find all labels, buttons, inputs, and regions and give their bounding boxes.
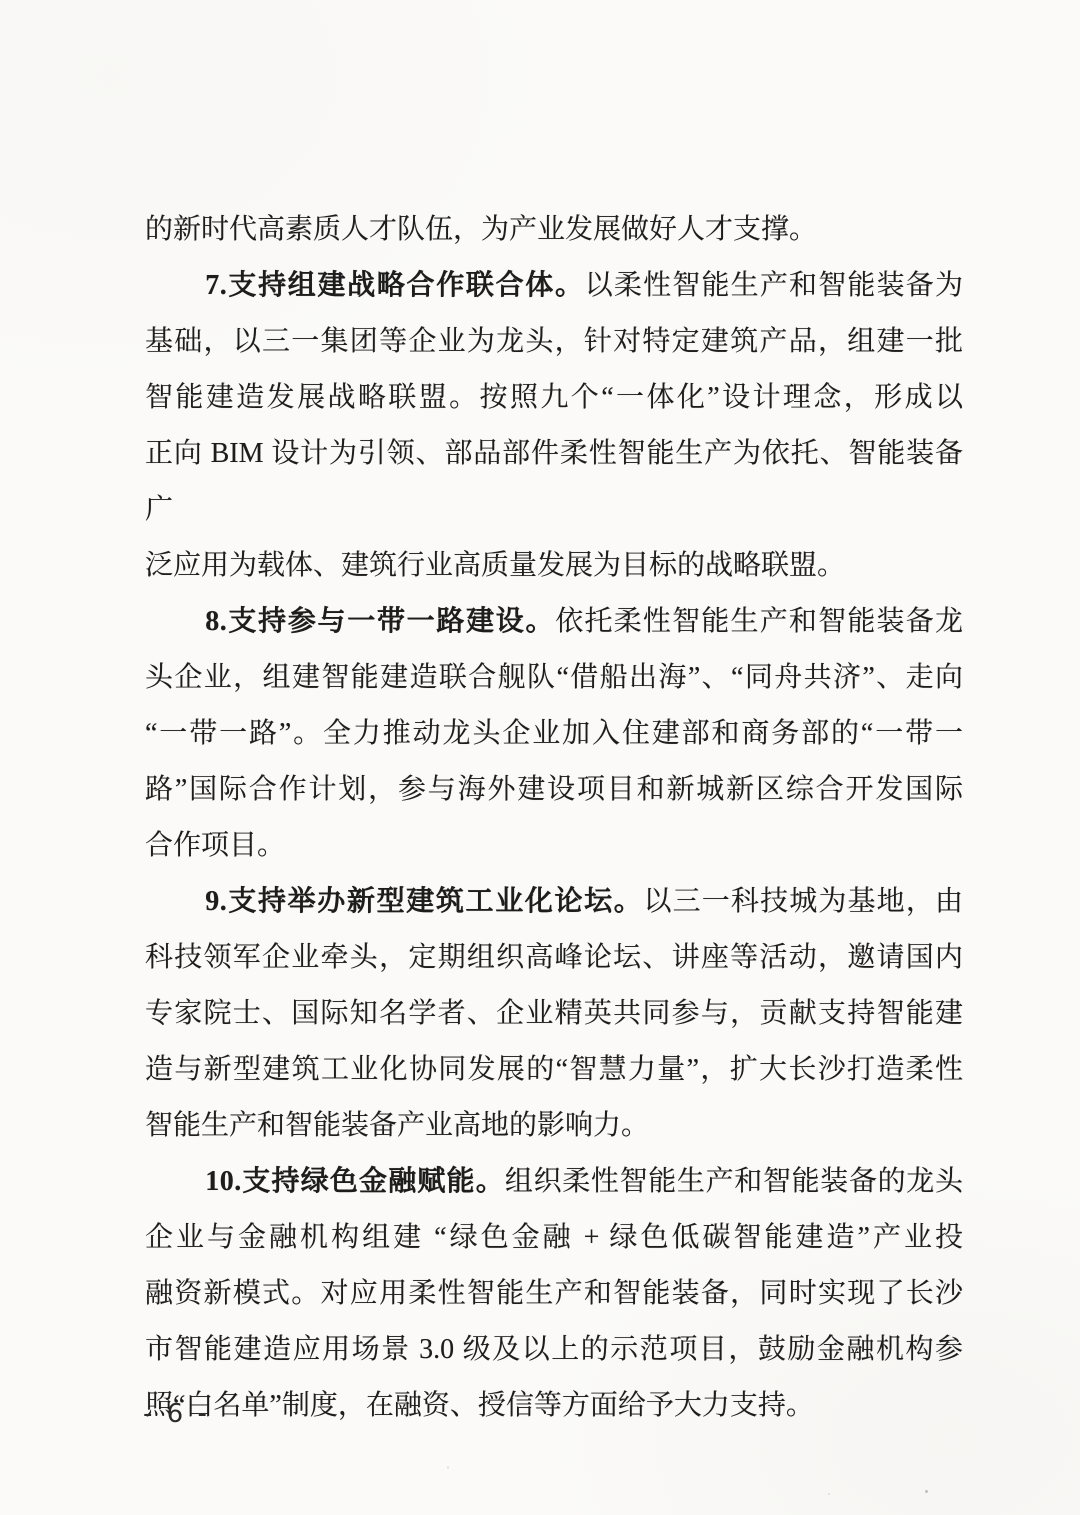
text-line: 10.支持绿色金融赋能。组织柔性智能生产和智能装备的龙头 [145,1154,963,1210]
text-line: 正向 BIM 设计为引领、部品部件柔性智能生产为依托、智能装备广 [145,426,963,538]
scan-speck [447,1466,449,1469]
text-line: 照“白名单”制度，在融资、授信等方面给予大力支持。 [145,1378,963,1434]
line-text: “一带一路”。全力推动龙头企业加入住建部和商务部的“一带一 [145,718,963,749]
line-text: 照“白名单”制度，在融资、授信等方面给予大力支持。 [145,1390,814,1421]
text-line: 路”国际合作计划，参与海外建设项目和新城新区综合开发国际 [145,762,963,818]
line-text: 科技领军企业牵头，定期组织高峰论坛、讲座等活动，邀请国内 [145,942,963,973]
page-number: - 6 - [143,1398,210,1430]
line-text: 基础，以三一集团等企业为龙头，针对特定建筑产品，组建一批 [145,326,963,357]
line-text: 造与新型建筑工业化协同发展的“智慧力量”，扩大长沙打造柔性 [145,1054,963,1085]
text-line: 9.支持举办新型建筑工业化论坛。以三一科技城为基地，由 [145,874,963,930]
line-text: 以三一科技城为基地，由 [643,886,963,917]
text-line: 的新时代高素质人才队伍，为产业发展做好人才支撑。 [145,202,963,258]
line-text: 智能生产和智能装备产业高地的影响力。 [145,1110,649,1141]
text-line: 专家院士、国际知名学者、企业精英共同参与，贡献支持智能建 [145,986,963,1042]
line-bold-lead: 7.支持组建战略合作联合体。 [205,270,585,301]
text-line: 融资新模式。对应用柔性智能生产和智能装备，同时实现了长沙 [145,1266,963,1322]
text-line: 合作项目。 [145,818,963,874]
scanned-document-page: 的新时代高素质人才队伍，为产业发展做好人才支撑。 7.支持组建战略合作联合体。以… [0,0,1080,1515]
text-line: 智能生产和智能装备产业高地的影响力。 [145,1098,963,1154]
line-text: 依托柔性智能生产和智能装备龙 [555,606,963,637]
text-line: 市智能建造应用场景 3.0 级及以上的示范项目，鼓励金融机构参 [145,1322,963,1378]
line-text: 正向 BIM 设计为引领、部品部件柔性智能生产为依托、智能装备广 [145,438,963,525]
line-text: 智能建造发展战略联盟。按照九个“一体化”设计理念，形成以 [145,382,963,413]
text-line: 科技领军企业牵头，定期组织高峰论坛、讲座等活动，邀请国内 [145,930,963,986]
scan-speck [925,1490,928,1493]
text-line: 智能建造发展战略联盟。按照九个“一体化”设计理念，形成以 [145,370,963,426]
text-line: 头企业，组建智能建造联合舰队“借船出海”、“同舟共济”、走向 [145,650,963,706]
line-bold-lead: 9.支持举办新型建筑工业化论坛。 [205,886,643,917]
line-text: 泛应用为载体、建筑行业高质量发展为目标的战略联盟。 [145,550,845,581]
text-line: 泛应用为载体、建筑行业高质量发展为目标的战略联盟。 [145,538,963,594]
text-line: 8.支持参与一带一路建设。依托柔性智能生产和智能装备龙 [145,594,963,650]
scan-speck [828,1493,830,1495]
line-text: 市智能建造应用场景 3.0 级及以上的示范项目，鼓励金融机构参 [145,1334,963,1365]
text-line: 7.支持组建战略合作联合体。以柔性智能生产和智能装备为 [145,258,963,314]
line-text: 头企业，组建智能建造联合舰队“借船出海”、“同舟共济”、走向 [145,662,963,693]
line-bold-lead: 8.支持参与一带一路建设。 [205,606,555,637]
line-text: 路”国际合作计划，参与海外建设项目和新城新区综合开发国际 [145,774,963,805]
line-text: 专家院士、国际知名学者、企业精英共同参与，贡献支持智能建 [145,998,963,1029]
line-text: 企业与金融机构组建 “绿色金融 + 绿色低碳智能建造”产业投 [145,1222,963,1253]
text-line: 企业与金融机构组建 “绿色金融 + 绿色低碳智能建造”产业投 [145,1210,963,1266]
document-body: 的新时代高素质人才队伍，为产业发展做好人才支撑。 7.支持组建战略合作联合体。以… [145,202,963,1434]
line-text: 的新时代高素质人才队伍，为产业发展做好人才支撑。 [145,214,817,245]
text-line: 基础，以三一集团等企业为龙头，针对特定建筑产品，组建一批 [145,314,963,370]
line-text: 组织柔性智能生产和智能装备的龙头 [505,1166,963,1197]
text-line: 造与新型建筑工业化协同发展的“智慧力量”，扩大长沙打造柔性 [145,1042,963,1098]
line-text: 以柔性智能生产和智能装备为 [585,270,963,301]
line-text: 合作项目。 [145,830,285,861]
line-bold-lead: 10.支持绿色金融赋能。 [205,1166,505,1197]
line-text: 融资新模式。对应用柔性智能生产和智能装备，同时实现了长沙 [145,1278,963,1309]
text-line: “一带一路”。全力推动龙头企业加入住建部和商务部的“一带一 [145,706,963,762]
